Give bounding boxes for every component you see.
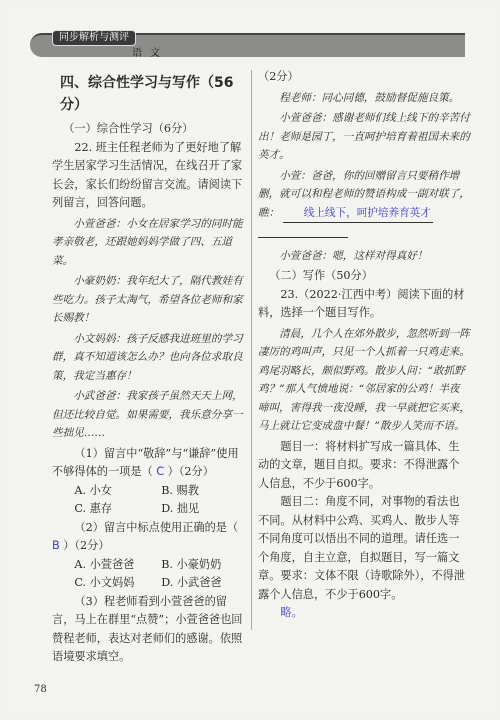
q3-teacher-line: 程老师：同心同德，鼓励督促施良策。 xyxy=(258,89,470,108)
section-title: 四、综合性学习与写作（56分） xyxy=(60,72,248,116)
q2-options: A. 小萱爸爸 B. 小豪奶奶 C. 小文妈妈 D. 小武爸爸 xyxy=(52,556,248,593)
q1-options: A. 小女 B. 赐教 C. 惠存 D. 拙见 xyxy=(52,482,248,519)
q1-stem-after: ）（2分） xyxy=(168,465,214,478)
q3-score: （2分） xyxy=(258,68,470,87)
q3-father-reply: 小萱爸爸：嗯，这样对得真好！ xyxy=(258,247,470,266)
q1-option-b: B. 赐教 xyxy=(161,482,248,501)
series-tag: 同步解析与测评 xyxy=(52,30,136,46)
part1-title: （一）综合性学习（6分） xyxy=(52,120,248,139)
q3-father-line: 小萱爸爸：感谢老师们线上线下的辛苦付出！老师是园丁，一直呵护培育着祖国未来的英才… xyxy=(258,109,470,165)
q1-option-d: D. 拙见 xyxy=(161,500,248,519)
message-xiaowu-father: 小武爸爸：我家孩子虽然天天上网，但还比较自觉。如果需要，我乐意分享一些拙见…… xyxy=(52,387,248,443)
part2-title: （二）写作（50分） xyxy=(258,267,470,286)
q23-answer: 略。 xyxy=(258,604,470,623)
q23-intro: 23.（2022·江西中考）阅读下面的材料，选择一个题目写作。 xyxy=(258,286,470,323)
q3-stem: （3）程老师看到小萱爸爸的留言，马上在群里“点赞”；小萱爸爸也回赞程老师，表达对… xyxy=(52,593,248,667)
q23-topic1: 题目一：将材料扩写成一篇具体、生动的文章，题目自拟。要求：不得泄露个人信息，不少… xyxy=(258,438,470,494)
message-xiaoxuan-father: 小萱爸爸：小女在居家学习的同时能孝亲敬老，还跟她妈妈学做了四、五道菜。 xyxy=(52,215,248,271)
q2-option-b: B. 小豪奶奶 xyxy=(161,556,248,575)
q3-daughter-line: 小萱：爸爸，你的回赠留言只要稍作增删，就可以和程老师的赞语构成一副对联了，瞧： … xyxy=(258,167,470,245)
q2-stem-before: （2）留言中标点使用正确的是（ xyxy=(74,521,238,534)
q22-intro: 22. 班主任程老师为了更好地了解学生居家学习生活情况，在线召开了家长会，家长们… xyxy=(52,139,248,213)
q23-material: 清晨，几个人在郊外散步，忽然听到一阵凄厉的鸡叫声，只见一个人抓着一只鸡走来。鸡尾… xyxy=(258,325,470,436)
q3-answer-blank: 线上线下，呵护培养育英才 xyxy=(283,204,433,224)
left-column: 四、综合性学习与写作（56分） （一）综合性学习（6分） 22. 班主任程老师为… xyxy=(52,68,248,667)
q2-stem-after: ）（2分） xyxy=(63,539,109,552)
page-number: 78 xyxy=(34,684,47,695)
q2-option-a: A. 小萱爸爸 xyxy=(74,556,161,575)
q1-stem: （1）留言中“敬辞”与“谦辞”使用不够得体的一项是（ C ）（2分） xyxy=(52,445,248,482)
q2-option-d: D. 小武爸爸 xyxy=(161,574,248,593)
right-column: （2分） 程老师：同心同德，鼓励督促施良策。 小萱爸爸：感谢老师们线上线下的辛苦… xyxy=(258,68,470,623)
q23-topic2: 题目二：角度不同，对事物的看法也不同。从材料中公鸡、买鸡人、散步人等不同角度可以… xyxy=(258,493,470,604)
q1-option-c: C. 惠存 xyxy=(74,500,161,519)
q2-stem: （2）留言中标点使用正确的是（ B ）（2分） xyxy=(52,519,248,556)
q1-answer: C xyxy=(156,465,164,478)
q2-option-c: C. 小文妈妈 xyxy=(74,574,161,593)
q3-answer-blank-line2 xyxy=(258,223,348,238)
message-xiaohao-grandma: 小豪奶奶：我年纪大了，隔代教娃有些吃力。孩子太淘气，希望各位老师和家长赐教！ xyxy=(52,272,248,328)
message-xiaowen-mother: 小文妈妈：孩子反感我进班里的学习群，真不知道该怎么办？也向各位求取良策，我定当惠… xyxy=(52,330,248,386)
subject-label: 语文 xyxy=(132,44,168,59)
column-divider xyxy=(251,70,252,630)
q2-answer: B xyxy=(52,539,60,552)
q1-option-a: A. 小女 xyxy=(74,482,161,501)
